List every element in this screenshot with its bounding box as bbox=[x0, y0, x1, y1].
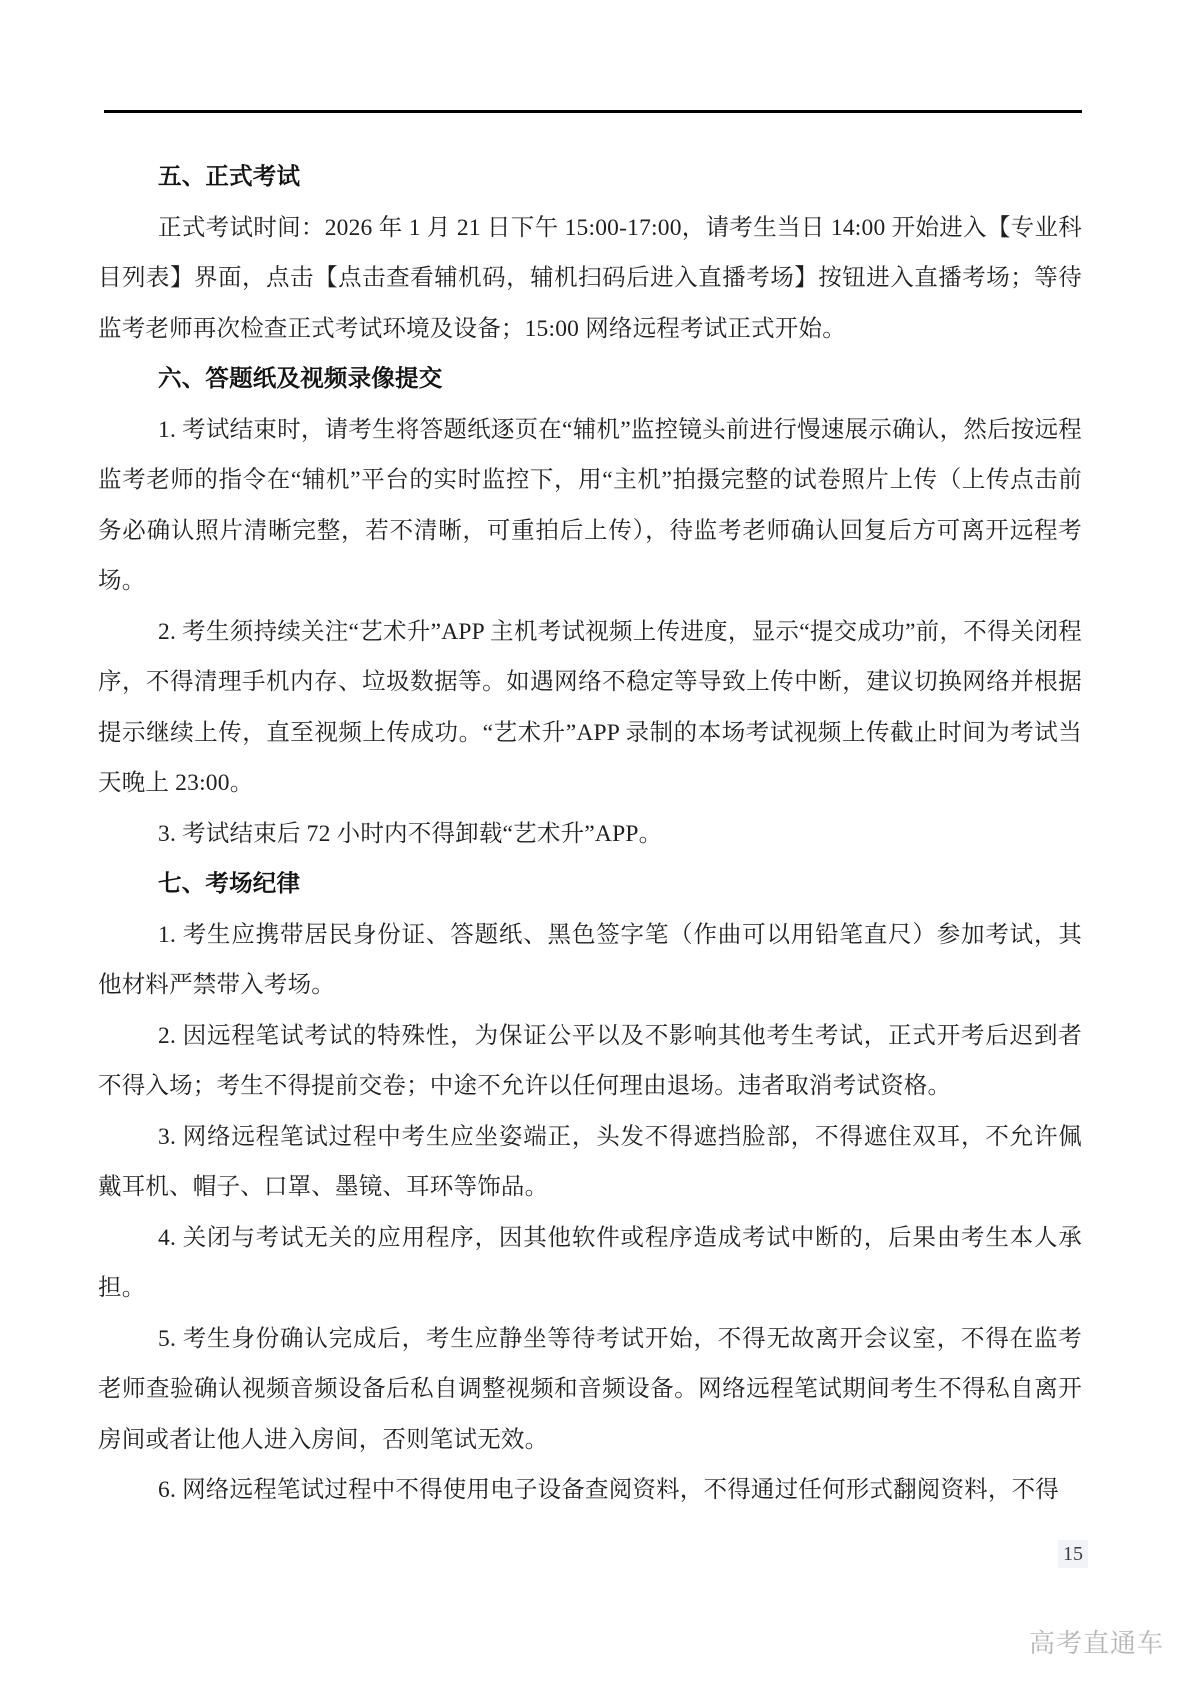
paragraph: 3. 考试结束后 72 小时内不得卸载“艺术升”APP。 bbox=[98, 809, 1082, 860]
document-page: 五、正式考试正式考试时间：2026 年 1 月 21 日下午 15:00-17:… bbox=[0, 0, 1190, 1683]
watermark-text: 高考直通车 bbox=[1029, 1629, 1164, 1657]
section-heading: 六、答题纸及视频录像提交 bbox=[98, 354, 1082, 405]
document-section: 六、答题纸及视频录像提交1. 考试结束时，请考生将答题纸逐页在“辅机”监控镜头前… bbox=[98, 354, 1082, 859]
document-section: 七、考场纪律1. 考生应携带居民身份证、答题纸、黑色签字笔（作曲可以用铅笔直尺）… bbox=[98, 859, 1082, 1516]
paragraph: 5. 考生身份确认完成后，考生应静坐等待考试开始，不得无故离开会议室，不得在监考… bbox=[98, 1314, 1082, 1466]
document-content: 五、正式考试正式考试时间：2026 年 1 月 21 日下午 15:00-17:… bbox=[98, 152, 1082, 1516]
section-heading: 五、正式考试 bbox=[98, 152, 1082, 203]
paragraph: 2. 考生须持续关注“艺术升”APP 主机考试视频上传进度，显示“提交成功”前，… bbox=[98, 607, 1082, 809]
header-rule bbox=[104, 110, 1082, 113]
paragraph: 1. 考试结束时，请考生将答题纸逐页在“辅机”监控镜头前进行慢速展示确认，然后按… bbox=[98, 405, 1082, 607]
paragraph: 正式考试时间：2026 年 1 月 21 日下午 15:00-17:00，请考生… bbox=[98, 203, 1082, 355]
document-section: 五、正式考试正式考试时间：2026 年 1 月 21 日下午 15:00-17:… bbox=[98, 152, 1082, 354]
page-number: 15 bbox=[1058, 1540, 1088, 1568]
section-heading: 七、考场纪律 bbox=[98, 859, 1082, 910]
paragraph: 1. 考生应携带居民身份证、答题纸、黑色签字笔（作曲可以用铅笔直尺）参加考试，其… bbox=[98, 910, 1082, 1011]
paragraph: 2. 因远程笔试考试的特殊性，为保证公平以及不影响其他考生考试，正式开考后迟到者… bbox=[98, 1011, 1082, 1112]
paragraph: 4. 关闭与考试无关的应用程序，因其他软件或程序造成考试中断的，后果由考生本人承… bbox=[98, 1213, 1082, 1314]
paragraph: 6. 网络远程笔试过程中不得使用电子设备查阅资料，不得通过任何形式翻阅资料，不得 bbox=[98, 1465, 1082, 1516]
paragraph: 3. 网络远程笔试过程中考生应坐姿端正，头发不得遮挡脸部，不得遮住双耳，不允许佩… bbox=[98, 1112, 1082, 1213]
